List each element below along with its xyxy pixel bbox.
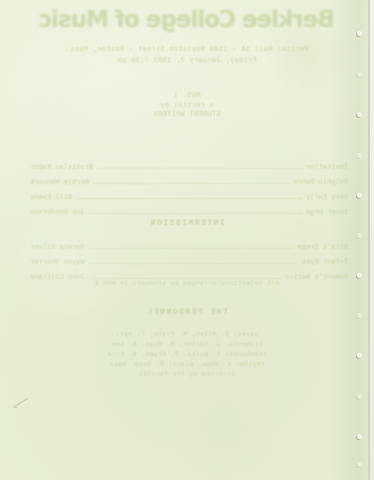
bleedthrough-personnel-line: saxes: D. Allen, R. Price, T. Hall [0,330,374,340]
scanned-program-page: Berklee College of Music Recital Hall 1A… [0,0,374,480]
paper-texture-overlay [0,0,374,480]
dot-leader [89,242,294,249]
binding-hole [357,112,362,117]
program-row: Infant Eyes Wayne Shorter [30,257,348,268]
bleedthrough-personnel-line: trombones: S. Burke, P. Grant, N. Cole [0,350,374,360]
piece-credit: Herbie Hancock [30,179,89,188]
dot-leader [97,162,302,169]
dot-leader [89,257,298,264]
piece-credit: Bill Evans [30,194,72,203]
program-row: Invitation Bronislau Kaper [30,162,348,173]
piece-title: Dolphin Dance [293,179,348,188]
bleedthrough-personnel-line: trumpets: J. Carter, M. Ross, B. Lee [0,340,374,350]
piece-credit: Wayne Shorter [30,259,85,268]
binding-hole [357,31,362,36]
binding-hole [357,353,362,358]
piece-title: Inner Urge [306,209,348,218]
bleedthrough-personnel-line: rhythm: K. Shaw, piano; R. Reed, bass [0,360,374,370]
piece-credit: Joe Henderson [30,209,85,218]
binding-hole [357,153,362,158]
binding-hole [357,394,362,399]
bleedthrough-arranger-note: All selections arranged by students in M… [0,280,374,287]
dot-leader [76,192,302,199]
bleedthrough-personnel-heading: THE PERSONNEL [0,308,374,317]
piece-title: Very Early [306,194,348,203]
binding-hole [357,434,362,439]
bleedthrough-venue-line: Recital Hall 1A - 1140 Boylston Street -… [0,45,374,55]
piece-credit: Horace Silver [30,244,85,253]
pen-scratch-mark [14,398,28,407]
piece-title: Infant Eyes [302,259,348,268]
binding-hole [357,233,362,238]
bleedthrough-series-line-2: a recital by [0,102,374,110]
binding-hole [357,72,362,77]
dot-leader [89,207,302,214]
bleedthrough-college-title: Berklee College of Music [0,5,374,35]
bleedthrough-program-first-half: Invitation Bronislau Kaper Dolphin Dance… [30,162,348,222]
binding-hole [357,273,362,278]
piece-credit: Bronislau Kaper [30,164,93,173]
bleedthrough-series-line-3: STUDENT WRITERS [0,111,374,119]
bleedthrough-series-line-1: MUS. 1 [0,92,374,100]
binding-hole [357,193,362,198]
program-row: Dolphin Dance Herbie Hancock [30,177,348,188]
program-row: Very Early Bill Evans [30,192,348,203]
binding-hole [357,313,362,318]
piece-title: Invitation [306,164,348,173]
binding-hole [357,462,362,467]
bleedthrough-datetime-line: Friday, January 7, 1983 7:30 pm [0,56,374,66]
dot-leader [93,177,290,184]
piece-title: Nica's Dream [298,244,348,253]
program-row: Inner Urge Joe Henderson [30,207,348,218]
scanner-background-strip [370,0,374,480]
bleedthrough-intermission-heading: INTERMISSION [0,219,374,228]
program-row: Nica's Dream Horace Silver [30,242,348,253]
bleedthrough-director-line: directed by the faculty [0,371,374,378]
dot-leader [89,272,281,279]
